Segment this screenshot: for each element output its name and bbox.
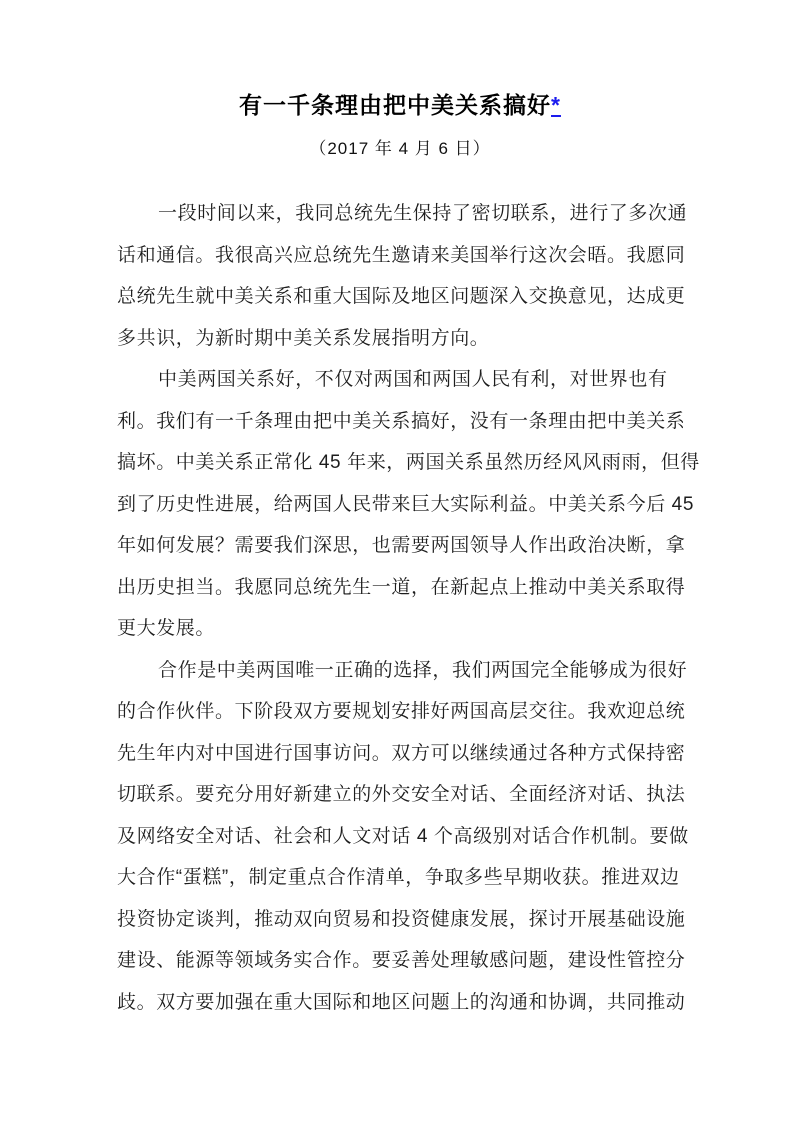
text-line: 合作是中美两国唯一正确的选择，我们两国完全能够成为很好: [117, 650, 700, 692]
paragraph-3: 合作是中美两国唯一正确的选择，我们两国完全能够成为很好 的合作伙伴。下阶段双方要…: [117, 650, 700, 1024]
text-line: 先生年内对中国进行国事访问。双方可以继续通过各种方式保持密: [117, 733, 700, 775]
text-line: 一段时间以来，我同总统先生保持了密切联系，进行了多次通: [117, 193, 700, 235]
text-line: 投资协定谈判，推动双向贸易和投资健康发展，探讨开展基础设施: [117, 899, 700, 941]
text-line: 建设、能源等领域务实合作。要妥善处理敏感问题，建设性管控分: [117, 940, 700, 982]
text-line: 的合作伙伴。下阶段双方要规划安排好两国高层交往。我欢迎总统: [117, 691, 700, 733]
paragraph-2: 中美两国关系好，不仅对两国和两国人民有利，对世界也有 利。我们有一千条理由把中美…: [117, 359, 700, 650]
text-line: 到了历史性进展，给两国人民带来巨大实际利益。中美关系今后 45: [117, 484, 700, 526]
text-line: 中美两国关系好，不仅对两国和两国人民有利，对世界也有: [117, 359, 700, 401]
text-line: 及网络安全对话、社会和人文对话 4 个高级别对话合作机制。要做: [117, 816, 700, 858]
page-title: 有一千条理由把中美关系搞好*: [0, 88, 800, 122]
text-line: 切联系。要充分用好新建立的外交安全对话、全面经济对话、执法: [117, 774, 700, 816]
text-line: 多共识，为新时期中美关系发展指明方向。: [117, 318, 700, 360]
footnote-asterisk-link[interactable]: *: [551, 92, 561, 118]
text-line: 话和通信。我很高兴应总统先生邀请来美国举行这次会晤。我愿同: [117, 235, 700, 277]
text-line: 利。我们有一千条理由把中美关系搞好，没有一条理由把中美关系: [117, 401, 700, 443]
document-body: 一段时间以来，我同总统先生保持了密切联系，进行了多次通 话和通信。我很高兴应总统…: [117, 193, 700, 1023]
text-line: 大合作“蛋糕”，制定重点合作清单，争取多些早期收获。推进双边: [117, 857, 700, 899]
title-text: 有一千条理由把中美关系搞好: [239, 92, 551, 118]
paragraph-1: 一段时间以来，我同总统先生保持了密切联系，进行了多次通 话和通信。我很高兴应总统…: [117, 193, 700, 359]
text-line: 更大发展。: [117, 608, 700, 650]
text-line: 总统先生就中美关系和重大国际及地区问题深入交换意见，达成更: [117, 276, 700, 318]
text-line: 出历史担当。我愿同总统先生一道，在新起点上推动中美关系取得: [117, 567, 700, 609]
document-page: 有一千条理由把中美关系搞好* （2017 年 4 月 6 日） 一段时间以来，我…: [0, 0, 800, 1130]
text-line: 搞坏。中美关系正常化 45 年来，两国关系虽然历经风风雨雨，但得: [117, 442, 700, 484]
text-line: 歧。双方要加强在重大国际和地区问题上的沟通和协调，共同推动: [117, 982, 700, 1024]
text-line: 年如何发展？需要我们深思，也需要两国领导人作出政治决断，拿: [117, 525, 700, 567]
document-date: （2017 年 4 月 6 日）: [0, 136, 800, 162]
